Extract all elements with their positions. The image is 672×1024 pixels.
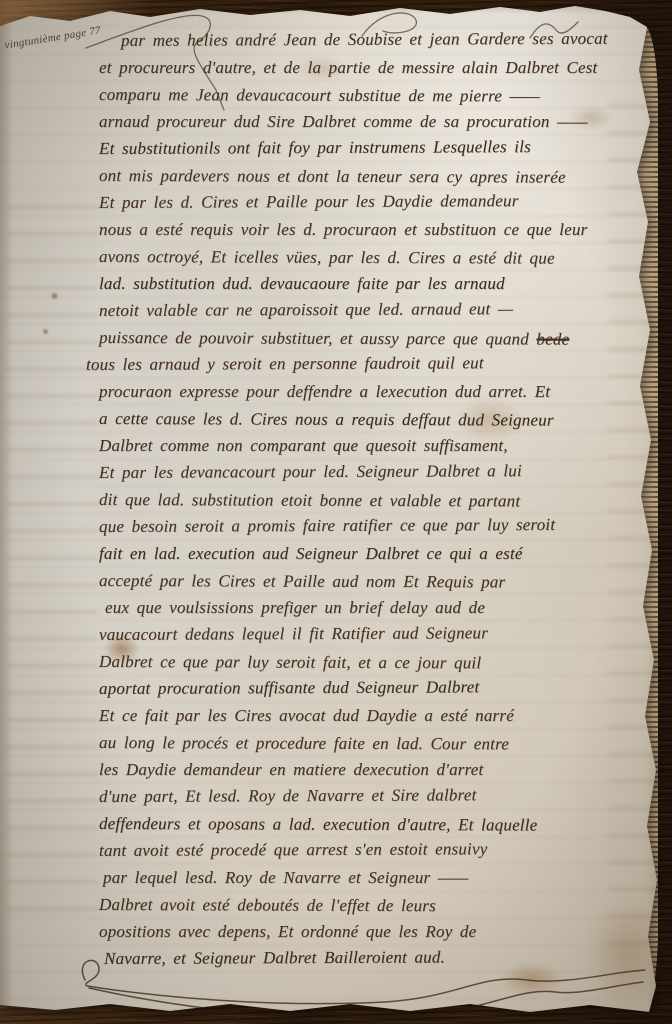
- manuscript-line: lad. substitution dud. devaucaoure faite…: [99, 270, 647, 297]
- manuscript-photo: vingtunième page 77 par mes helies andré…: [0, 0, 672, 1024]
- manuscript-line: eux que voulsissions prefiger un brief d…: [105, 594, 647, 621]
- manuscript-line: tous les arnaud y seroit en personne fau…: [86, 349, 647, 378]
- manuscript-line: comparu me Jean devaucacourt substitue d…: [99, 81, 647, 110]
- manuscript-line: Et par les d. Cires et Paille pour les D…: [99, 187, 647, 216]
- manuscript-line: opositions avec depens, Et ordonné que l…: [99, 918, 647, 945]
- ink-spot: [42, 328, 49, 335]
- manuscript-line: tant avoit esté procedé que arrest s'en …: [99, 835, 647, 864]
- manuscript-line: Dalbret comme non comparant que quesoit …: [99, 432, 647, 459]
- manuscript-line: par mes helies andré Jean de Soubise et …: [99, 25, 647, 54]
- margin-page-note: vingtunième page 77: [4, 22, 115, 51]
- ink-bleedthrough-left: [6, 190, 98, 930]
- manuscript-line: nous a esté requis voir les d. procuraon…: [99, 216, 647, 243]
- manuscript-line: Et ce fait par les Cires avocat dud Dayd…: [99, 702, 647, 729]
- struck-word: bede: [536, 330, 569, 349]
- manuscript-line: Et par les devancacourt pour led. Seigne…: [99, 457, 647, 486]
- manuscript-line: vaucacourt dedans lequel il fit Ratifier…: [99, 619, 647, 648]
- manuscript-line: Et substitutionils ont fait foy par inst…: [99, 133, 647, 162]
- manuscript-text-block: par mes helies andré Jean de Soubise et …: [99, 27, 647, 972]
- manuscript-line: fait en lad. execution aud Seigneur Dalb…: [99, 540, 647, 567]
- manuscript-line: a cette cause les d. Cires nous a requis…: [99, 405, 647, 434]
- ink-spot: [50, 292, 59, 300]
- manuscript-line: netoit valable car ne aparoissoit que le…: [99, 295, 647, 324]
- manuscript-line: avons octroyé, Et icelles vües, par les …: [99, 243, 647, 272]
- manuscript-line: d'une part, Et lesd. Roy de Navarre et S…: [99, 781, 647, 810]
- manuscript-line: et procureurs d'autre, et de la partie d…: [99, 54, 647, 81]
- manuscript-line: par lequel lesd. Roy de Navarre et Seign…: [103, 864, 647, 891]
- line-text: puissance de pouvoir substituer, et auss…: [99, 328, 529, 349]
- manuscript-line: que besoin seroit a promis faire ratifie…: [99, 511, 647, 540]
- manuscript-line: procuraon expresse pour deffendre a lexe…: [99, 378, 647, 405]
- manuscript-line: aportat procuration suffisante dud Seign…: [99, 673, 647, 702]
- manuscript-line: arnaud procureur dud Sire Dalbret comme …: [99, 108, 647, 135]
- manuscript-line: accepté par les Cires et Paille aud nom …: [99, 567, 647, 596]
- paper-shadow-wrap: vingtunième page 77 par mes helies andré…: [0, 0, 672, 1024]
- manuscript-line: les Daydie demandeur en matiere dexecuti…: [99, 756, 647, 783]
- manuscript-line: Navarre, et Seigneur Dalbret Bailleroien…: [104, 943, 647, 972]
- manuscript-line: Dalbret avoit esté deboutés de l'effet d…: [99, 891, 647, 920]
- manuscript-line: au long le procés et procedure faite en …: [99, 729, 647, 758]
- manuscript-page: vingtunième page 77 par mes helies andré…: [0, 0, 672, 1024]
